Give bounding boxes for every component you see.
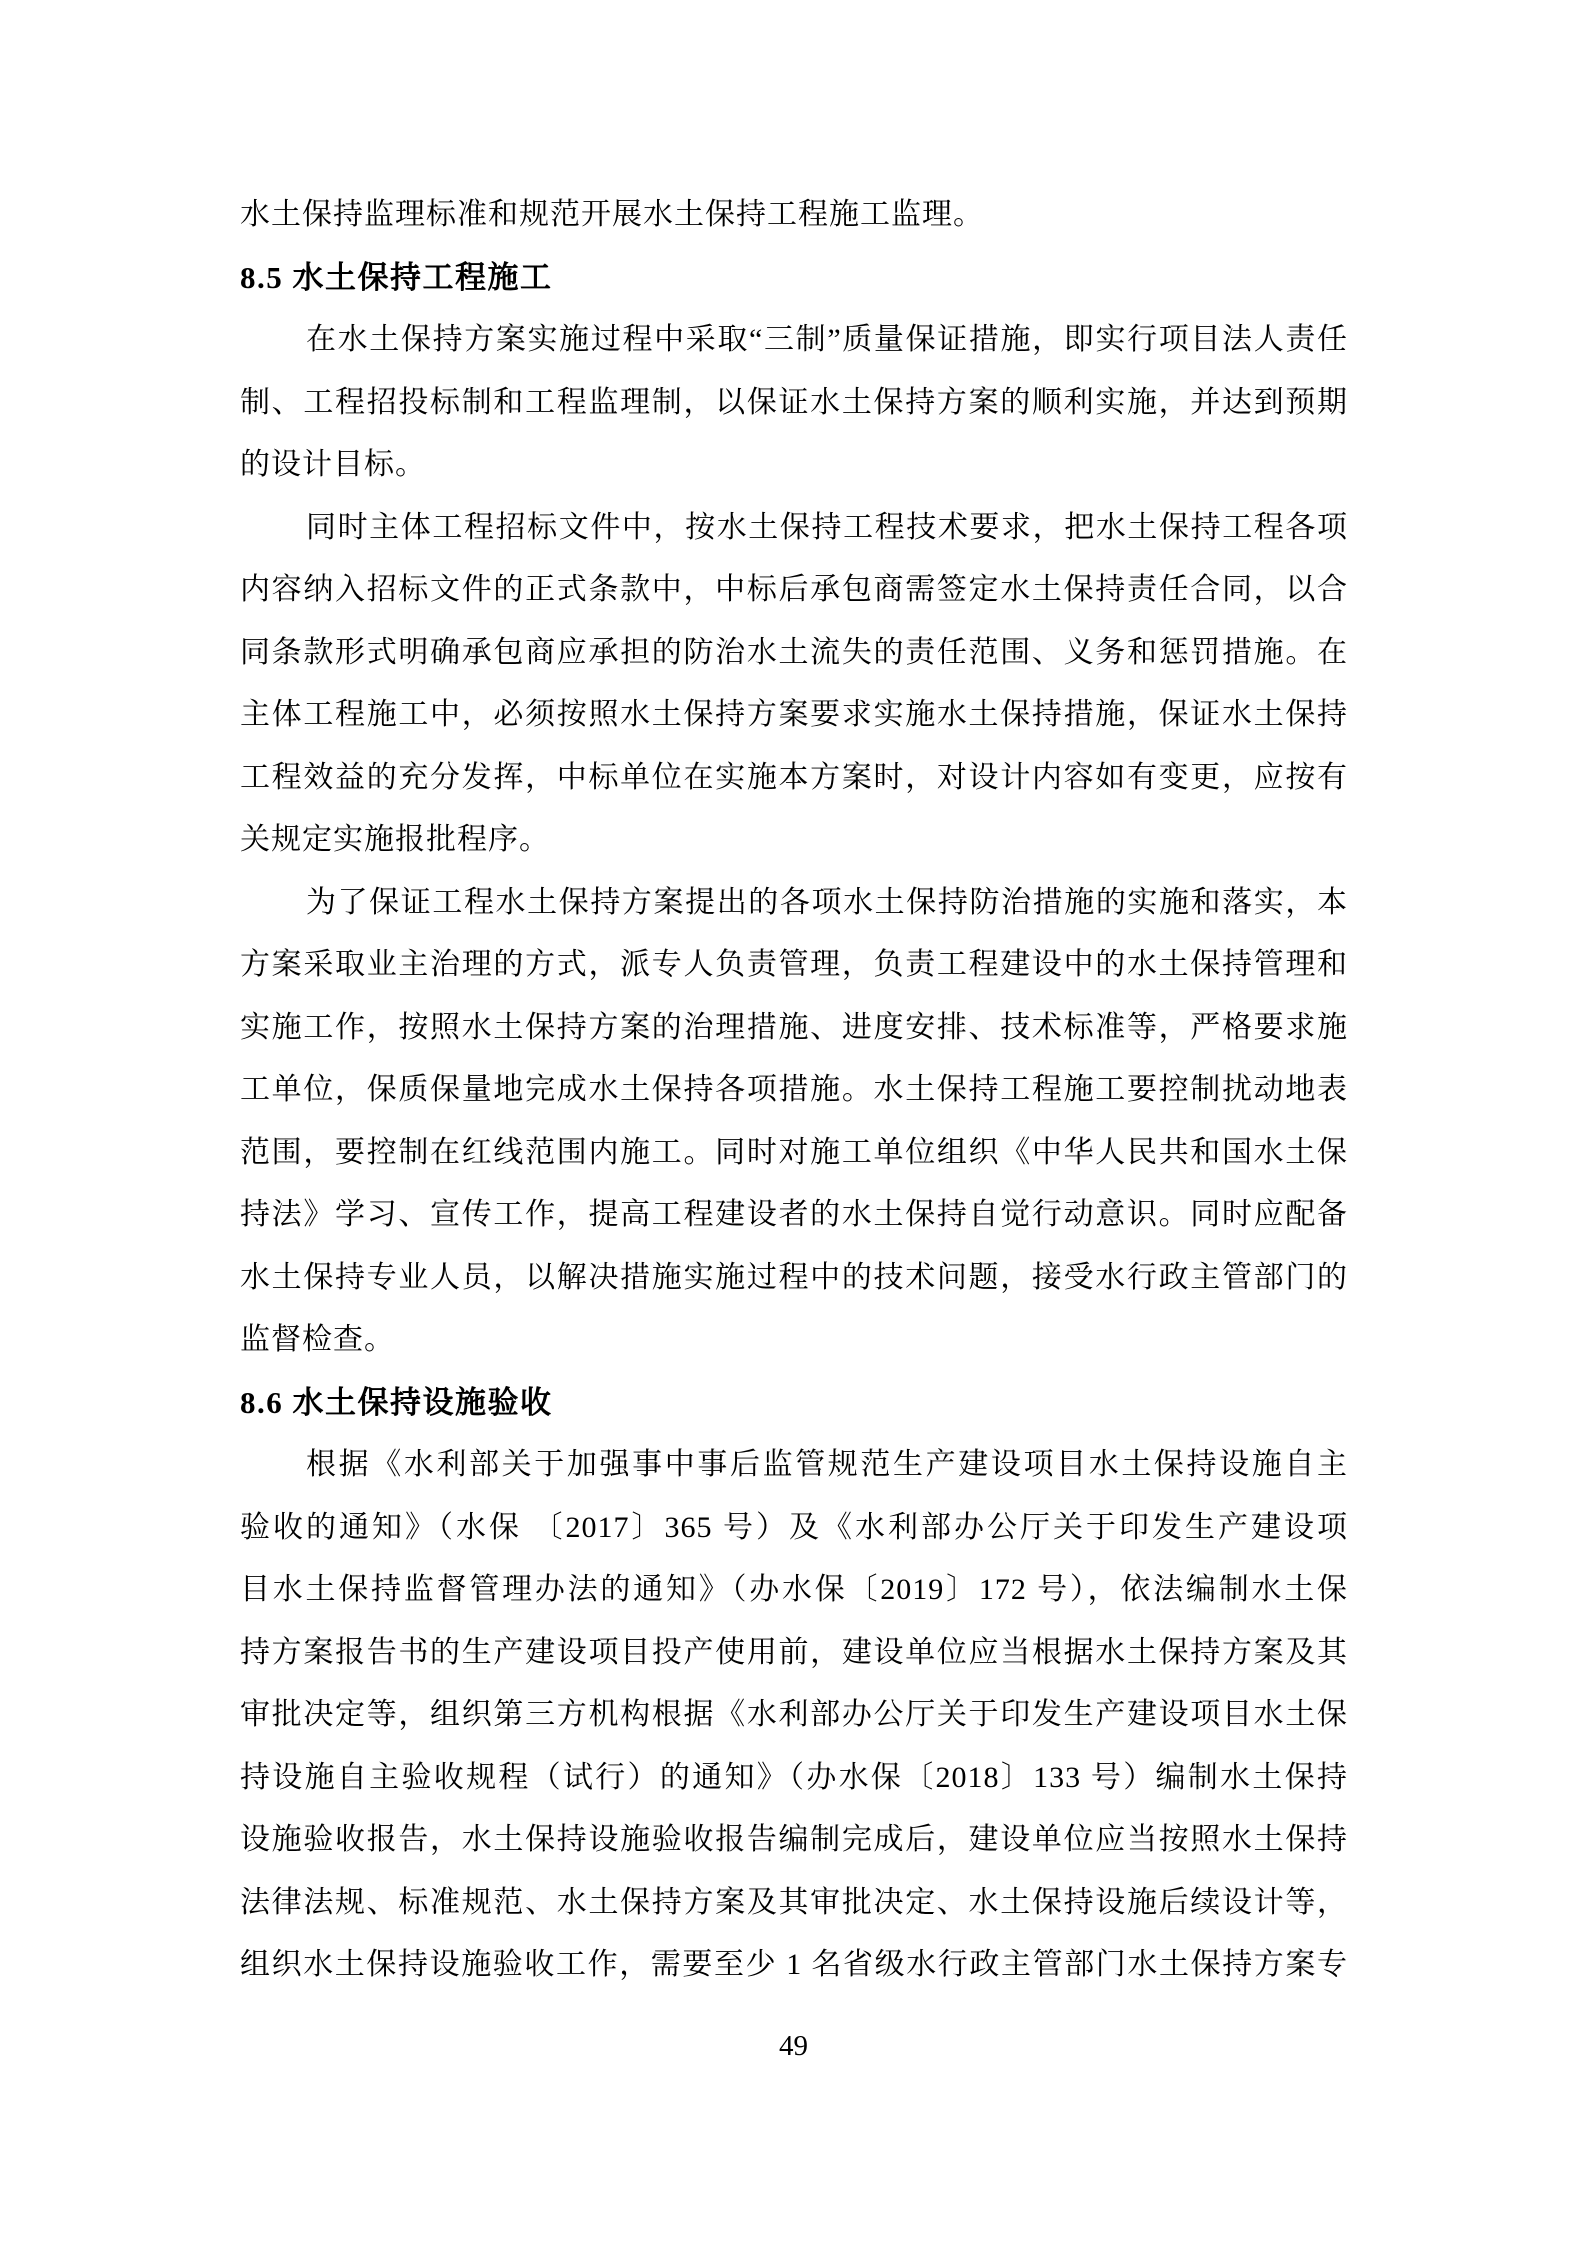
body-text-line: 实施工作，按照水土保持方案的治理措施、进度安排、技术标准等，严格要求施 [240,997,1348,1060]
body-text-line: 同时主体工程招标文件中，按水土保持工程技术要求，把水土保持工程各项 [240,497,1348,560]
body-text-line: 目水土保持监督管理办法的通知》（办水保〔2019〕172 号），依法编制水土保 [240,1559,1348,1622]
body-text-line: 持法》学习、宣传工作，提高工程建设者的水土保持自觉行动意识。同时应配备 [240,1184,1348,1247]
body-text-line: 监督检查。 [240,1309,1348,1372]
body-text-line: 持设施自主验收规程（试行）的通知》（办水保〔2018〕133 号）编制水土保持 [240,1747,1348,1810]
body-text-line: 范围，要控制在红线范围内施工。同时对施工单位组织《中华人民共和国水土保 [240,1122,1348,1185]
body-text-line: 的设计目标。 [240,434,1348,497]
body-text-line: 方案采取业主治理的方式，派专人负责管理，负责工程建设中的水土保持管理和 [240,934,1348,997]
paragraph-continuation-line: 水土保持监理标准和规范开展水土保持工程施工监理。 [240,184,1348,247]
body-text-line: 设施验收报告，水土保持设施验收报告编制完成后，建设单位应当按照水土保持 [240,1809,1348,1872]
body-text-line: 审批决定等，组织第三方机构根据《水利部办公厅关于印发生产建设项目水土保 [240,1684,1348,1747]
body-text-line: 根据《水利部关于加强事中事后监管规范生产建设项目水土保持设施自主 [240,1434,1348,1497]
body-text-line: 工程效益的充分发挥，中标单位在实施本方案时，对设计内容如有变更，应按有 [240,747,1348,810]
body-text-line: 持方案报告书的生产建设项目投产使用前，建设单位应当根据水土保持方案及其 [240,1622,1348,1685]
body-text-line: 法律法规、标准规范、水土保持方案及其审批决定、水土保持设施后续设计等， [240,1872,1348,1935]
body-text-line: 主体工程施工中，必须按照水土保持方案要求实施水土保持措施，保证水土保持 [240,684,1348,747]
body-text-line: 水土保持专业人员，以解决措施实施过程中的技术问题，接受水行政主管部门的 [240,1247,1348,1310]
document-page: 水土保持监理标准和规范开展水土保持工程施工监理。 8.5 水土保持工程施工 在水… [0,0,1587,2245]
section-heading-8-5: 8.5 水土保持工程施工 [240,247,1348,310]
section-heading-8-6: 8.6 水土保持设施验收 [240,1372,1348,1435]
body-text-line: 同条款形式明确承包商应承担的防治水土流失的责任范围、义务和惩罚措施。在 [240,622,1348,685]
body-text-line: 关规定实施报批程序。 [240,809,1348,872]
page-number: 49 [0,2024,1587,2068]
body-text-line: 制、工程招投标制和工程监理制，以保证水土保持方案的顺利实施，并达到预期 [240,372,1348,435]
body-text-line: 组织水土保持设施验收工作，需要至少 1 名省级水行政主管部门水土保持方案专 [240,1934,1348,1997]
body-text-line: 在水土保持方案实施过程中采取“三制”质量保证措施，即实行项目法人责任 [240,309,1348,372]
document-body: 水土保持监理标准和规范开展水土保持工程施工监理。 8.5 水土保持工程施工 在水… [240,184,1348,1997]
body-text-line: 工单位，保质保量地完成水土保持各项措施。水土保持工程施工要控制扰动地表 [240,1059,1348,1122]
body-text-line: 为了保证工程水土保持方案提出的各项水土保持防治措施的实施和落实，本 [240,872,1348,935]
body-text-line: 验收的通知》（水保 〔2017〕365 号）及《水利部办公厅关于印发生产建设项 [240,1497,1348,1560]
body-text-line: 内容纳入招标文件的正式条款中，中标后承包商需签定水土保持责任合同，以合 [240,559,1348,622]
